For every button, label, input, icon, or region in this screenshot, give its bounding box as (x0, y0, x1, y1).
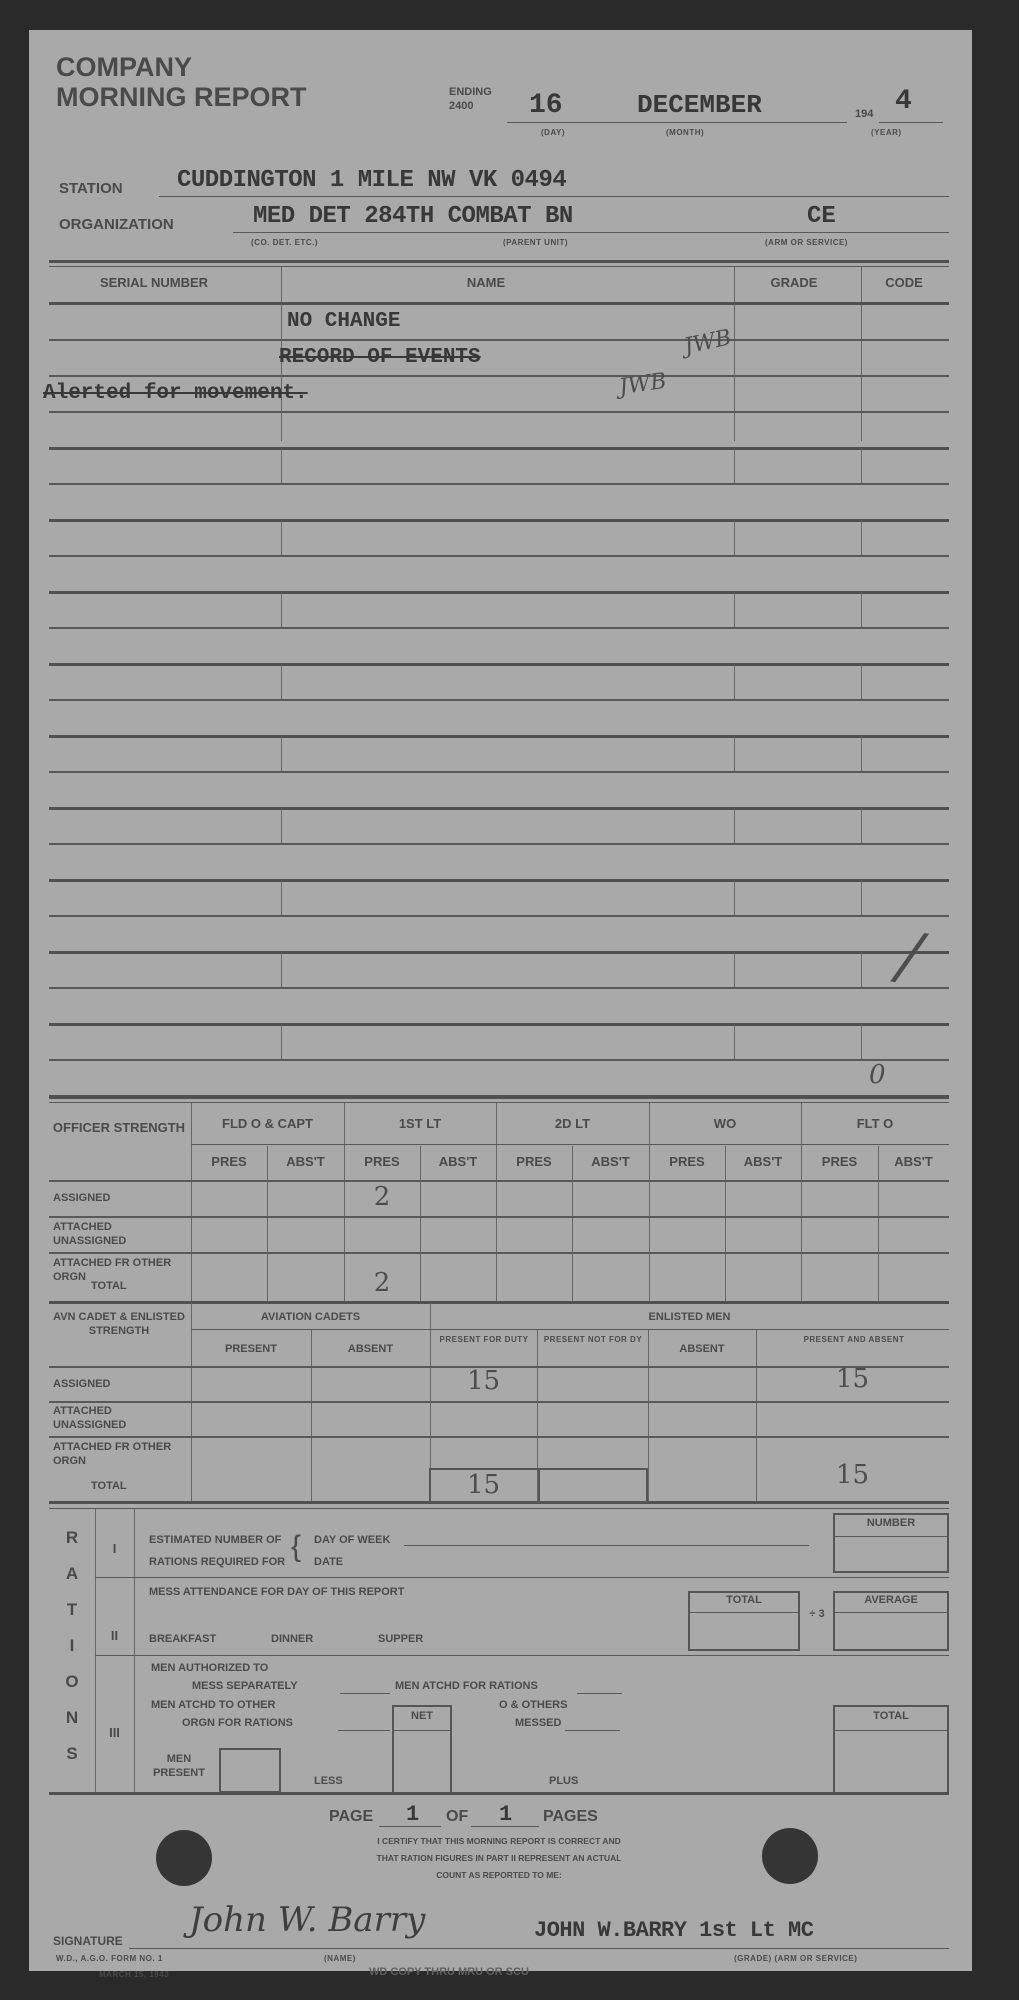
enlisted-row-total: TOTAL (91, 1480, 127, 1492)
divider (281, 737, 282, 773)
rule (49, 339, 949, 341)
col-cadets-absent: ABSENT (311, 1343, 430, 1355)
enlisted-total-present-for-duty: 15 (430, 1470, 537, 1500)
form-number: W.D., A.G.O. FORM NO. 1 (56, 1954, 163, 1963)
officer-row-total: TOTAL (91, 1280, 127, 1292)
day-of-week-label: DAY OF WEEK (314, 1534, 390, 1546)
rule (49, 987, 949, 989)
rations-top-rule (49, 1508, 949, 1509)
morning-report-form: COMPANY MORNING REPORT ENDING 2400 16 DE… (29, 30, 972, 1971)
subcol-abst: ABS'T (420, 1154, 496, 1169)
report-year-digit: 4 (895, 86, 912, 117)
section-i-label-2: RATIONS REQUIRED FOR (149, 1556, 285, 1568)
subcol-pres: PRES (801, 1154, 878, 1169)
col-line (649, 1103, 650, 1303)
divider (861, 881, 862, 917)
mess-total-label: TOTAL (688, 1594, 800, 1606)
organization-label: ORGANIZATION (59, 216, 174, 233)
organization-unit: MED DET 284TH COMBAT BN (253, 203, 573, 230)
mess-separately-field[interactable] (340, 1693, 390, 1694)
day-of-week-field[interactable] (404, 1545, 809, 1546)
rations-bottom-rule (49, 1792, 949, 1795)
entry-alerted-for-movement: Alerted for movement. (43, 382, 308, 405)
subcol-abst: ABS'T (267, 1154, 344, 1169)
row-rule (49, 1252, 949, 1254)
date-label: DATE (314, 1556, 343, 1568)
group-aviation-cadets: AVIATION CADETS (191, 1311, 430, 1323)
page-label: PAGE (329, 1808, 373, 1826)
caption-parent-unit: (PARENT UNIT) (503, 238, 568, 247)
brace: { (291, 1530, 301, 1564)
divider (861, 521, 862, 557)
entry-record-of-events: RECORD OF EVENTS (279, 346, 481, 369)
divider (734, 593, 735, 629)
section-ii-numeral: II (95, 1628, 134, 1643)
officer-row-assigned: ASSIGNED (53, 1192, 110, 1204)
entry-no-change: NO CHANGE (287, 310, 400, 333)
men-atchd-other-label-2: ORGN FOR RATIONS (182, 1717, 293, 1729)
handwritten-signature: John W. Barry (189, 1900, 425, 1940)
report-day: 16 (529, 90, 563, 121)
divider (861, 593, 862, 629)
initials-jwb-2: JWB (617, 369, 668, 400)
divider (734, 1025, 735, 1061)
col-line (267, 1146, 268, 1303)
officer-strength-title: OFFICER STRENGTH (49, 1120, 189, 1136)
officer-top-rule (49, 1095, 949, 1099)
divider (281, 809, 282, 845)
rule (49, 807, 949, 810)
subcol-pres: PRES (191, 1154, 267, 1169)
group-flt-o: FLT O (801, 1116, 949, 1131)
subcol-pres: PRES (649, 1154, 725, 1169)
rule (49, 915, 949, 917)
ending-label: ENDING (449, 86, 492, 98)
mess-attendance-label: MESS ATTENDANCE FOR DAY OF THIS REPORT (149, 1586, 404, 1598)
divider (281, 953, 282, 989)
number-box-label: NUMBER (833, 1517, 949, 1529)
caption-arm-service: (ARM OR SERVICE) (765, 238, 848, 247)
o-others-label-2: MESSED (515, 1717, 561, 1729)
divider-grade (861, 267, 862, 441)
pages-label: PAGES (543, 1808, 598, 1826)
side-letter: O (49, 1664, 95, 1700)
section-iii-numeral: III (95, 1725, 134, 1740)
divider-name (734, 267, 735, 441)
rule (49, 519, 949, 522)
divider (734, 665, 735, 701)
average-label: AVERAGE (833, 1594, 949, 1606)
officer-row-attached-unassigned: ATTACHED UNASSIGNED (53, 1220, 183, 1248)
col-line (191, 1103, 192, 1303)
divider (861, 449, 862, 485)
initials-jwb-1: JWB (682, 325, 734, 359)
divider (734, 521, 735, 557)
divider (861, 953, 862, 989)
margin-slash-mark: / (894, 919, 926, 995)
officer-1st-lt-assigned-pres: 2 (344, 1182, 420, 1212)
divider (861, 1025, 862, 1061)
rule (49, 591, 949, 594)
group-2d-lt: 2D LT (496, 1116, 649, 1131)
divider (734, 449, 735, 485)
subcol-pres: PRES (496, 1154, 572, 1169)
o-others-label-1: O & OTHERS (499, 1699, 567, 1711)
date-underline (507, 122, 847, 123)
rule (49, 555, 949, 557)
day-caption: (DAY) (541, 128, 565, 137)
rule (49, 771, 949, 773)
enlisted-total-present-and-absent: 15 (756, 1460, 949, 1490)
enlisted-assigned-present-for-duty: 15 (430, 1366, 537, 1396)
rule (49, 663, 949, 666)
subcol-abst: ABS'T (572, 1154, 649, 1169)
officer-top-rule-2 (49, 1102, 949, 1103)
col-line (878, 1146, 879, 1303)
report-month: DECEMBER (637, 90, 762, 120)
station-underline (159, 196, 949, 197)
total-present-not-for-duty-box (538, 1468, 648, 1503)
of-label: OF (446, 1808, 468, 1826)
side-letter: S (49, 1736, 95, 1772)
divide-by-three: ÷ 3 (803, 1605, 831, 1623)
form-title-line2: MORNING REPORT (56, 82, 307, 112)
enlisted-assigned-present-and-absent: 15 (756, 1364, 949, 1394)
divider (281, 665, 282, 701)
enlisted-row-assigned: ASSIGNED (53, 1378, 110, 1390)
month-caption: (MONTH) (666, 128, 704, 137)
certify-line: I CERTIFY THAT THIS MORNING REPORT IS CO… (229, 1833, 769, 1850)
ending-time: 2400 (449, 100, 473, 112)
rule (49, 735, 949, 738)
col-line (725, 1146, 726, 1303)
men-atchd-rations-label: MEN ATCHD FOR RATIONS (395, 1680, 538, 1692)
subcol-pres: PRES (344, 1154, 420, 1169)
margin-zero-mark: 0 (869, 1060, 886, 1090)
rations-vertical-label: R A T I O N S (49, 1520, 95, 1772)
divider (734, 809, 735, 845)
divider (734, 881, 735, 917)
row-rule (49, 1301, 949, 1304)
caption-grade-arm: (GRADE) (ARM OR SERVICE) (734, 1954, 857, 1963)
less-label: LESS (314, 1775, 343, 1787)
col-code: CODE (859, 275, 949, 290)
caption-name: (NAME) (324, 1954, 356, 1963)
section-rule (95, 1655, 949, 1656)
row-rule (49, 1436, 949, 1438)
year-caption: (YEAR) (871, 128, 902, 137)
supper-label: SUPPER (378, 1633, 423, 1645)
col-line (311, 1330, 312, 1503)
organization-arm: CE (807, 203, 836, 230)
net-label: NET (392, 1710, 452, 1722)
form-title-line1: COMPANY (56, 52, 192, 82)
col-line (801, 1103, 802, 1303)
organization-underline (233, 232, 949, 233)
rule (49, 879, 949, 882)
rule (49, 699, 949, 701)
men-atchd-other-label-1: MEN ATCHD TO OTHER (151, 1699, 275, 1711)
subcol-abst: ABS'T (878, 1154, 949, 1169)
copy-note: WD COPY THRU MRU OR SCU (369, 1966, 529, 1978)
col-present-and-absent: PRESENT AND ABSENT (789, 1334, 919, 1346)
rule (49, 1023, 949, 1026)
col-line (648, 1330, 649, 1503)
rule (49, 1059, 949, 1061)
rule (49, 951, 949, 954)
dinner-label: DINNER (271, 1633, 313, 1645)
rations-total-label: TOTAL (833, 1710, 949, 1722)
plus-label: PLUS (549, 1775, 578, 1787)
officer-1st-lt-total-pres: 2 (344, 1268, 420, 1298)
men-authorized-label-2: MESS SEPARATELY (192, 1680, 298, 1692)
station-label: STATION (59, 180, 123, 197)
group-enlisted-men: ENLISTED MEN (430, 1311, 949, 1323)
col-grade: GRADE (734, 275, 854, 290)
men-present-label: MEN PRESENT (144, 1752, 214, 1780)
rule (49, 843, 949, 845)
divider (861, 665, 862, 701)
net-rule (394, 1730, 450, 1731)
row-rule (49, 1216, 949, 1218)
side-letter: R (49, 1520, 95, 1556)
col-cadets-present: PRESENT (191, 1343, 311, 1355)
men-present-box[interactable] (219, 1748, 281, 1793)
rule (49, 375, 949, 377)
form-date: MARCH 15, 1943 (99, 1970, 169, 1979)
col-present-for-duty: PRESENT FOR DUTY (434, 1334, 534, 1346)
col-line (191, 1303, 192, 1503)
divider (281, 521, 282, 557)
punch-hole-left (156, 1830, 212, 1886)
section-rule (95, 1577, 949, 1578)
divider (734, 737, 735, 773)
men-atchd-rations-field[interactable] (577, 1693, 622, 1694)
roster-top-rule (49, 260, 949, 263)
signature-line (129, 1948, 949, 1949)
rule (49, 302, 949, 305)
certify-line: COUNT AS REPORTED TO ME: (229, 1867, 769, 1884)
signature-label: SIGNATURE (53, 1934, 123, 1948)
col-line (496, 1103, 497, 1303)
section-i-label-1: ESTIMATED NUMBER OF (149, 1534, 281, 1546)
group-1st-lt: 1ST LT (344, 1116, 496, 1131)
orgn-for-rations-field[interactable] (338, 1730, 390, 1731)
divider (861, 809, 862, 845)
others-messed-field[interactable] (565, 1730, 620, 1731)
side-letter: T (49, 1592, 95, 1628)
subcol-abst: ABS'T (725, 1154, 801, 1169)
group-rule (191, 1144, 949, 1145)
group-fld-o-capt: FLD O & CAPT (191, 1116, 344, 1131)
divider (281, 449, 282, 485)
group-rule (191, 1329, 949, 1330)
men-authorized-label-1: MEN AUTHORIZED TO (151, 1662, 268, 1674)
rations-numeral-divider (134, 1509, 135, 1793)
mess-total-rule (690, 1612, 798, 1613)
certify-line: THAT RATION FIGURES IN PART II REPRESENT… (229, 1850, 769, 1867)
year-prefix: 194 (855, 108, 873, 120)
side-letter: I (49, 1628, 95, 1664)
divider (281, 1025, 282, 1061)
side-letter: N (49, 1700, 95, 1736)
rule (49, 483, 949, 485)
side-letter: A (49, 1556, 95, 1592)
station-value: CUDDINGTON 1 MILE NW VK 0494 (177, 167, 566, 194)
punch-hole-right (762, 1828, 818, 1884)
enlisted-strength-title: AVN CADET & ENLISTED STRENGTH (49, 1310, 189, 1338)
col-name: NAME (261, 275, 711, 290)
divider (861, 737, 862, 773)
caption-co-det: (CO. DET. ETC.) (251, 238, 318, 247)
year-underline (879, 122, 943, 123)
divider (281, 881, 282, 917)
divider (734, 953, 735, 989)
rule (49, 447, 949, 450)
col-line (420, 1146, 421, 1303)
roster-top-rule-2 (49, 266, 949, 267)
col-present-not-for-duty: PRESENT NOT FOR DY (541, 1334, 645, 1346)
rations-total-rule (835, 1730, 947, 1731)
number-box-rule (835, 1536, 947, 1537)
typed-signer-name: JOHN W.BARRY 1st Lt MC (534, 1918, 813, 1943)
enlisted-row-attached-unassigned: ATTACHED UNASSIGNED (53, 1404, 183, 1432)
col-serial-number: SERIAL NUMBER (49, 275, 259, 290)
row-rule (49, 1180, 949, 1182)
col-enlisted-absent: ABSENT (648, 1343, 756, 1355)
breakfast-label: BREAKFAST (149, 1633, 216, 1645)
divider (281, 593, 282, 629)
rule (49, 411, 949, 413)
page-total: 1 (499, 1802, 512, 1827)
group-wo: WO (649, 1116, 801, 1131)
certification-statement: I CERTIFY THAT THIS MORNING REPORT IS CO… (229, 1833, 769, 1884)
rule (49, 627, 949, 629)
row-rule (49, 1401, 949, 1403)
average-rule (835, 1612, 947, 1613)
page-number: 1 (406, 1802, 419, 1827)
section-i-numeral: I (95, 1541, 134, 1556)
enlisted-row-attached-other: ATTACHED FR OTHER ORGN (53, 1440, 183, 1468)
col-line (572, 1146, 573, 1303)
